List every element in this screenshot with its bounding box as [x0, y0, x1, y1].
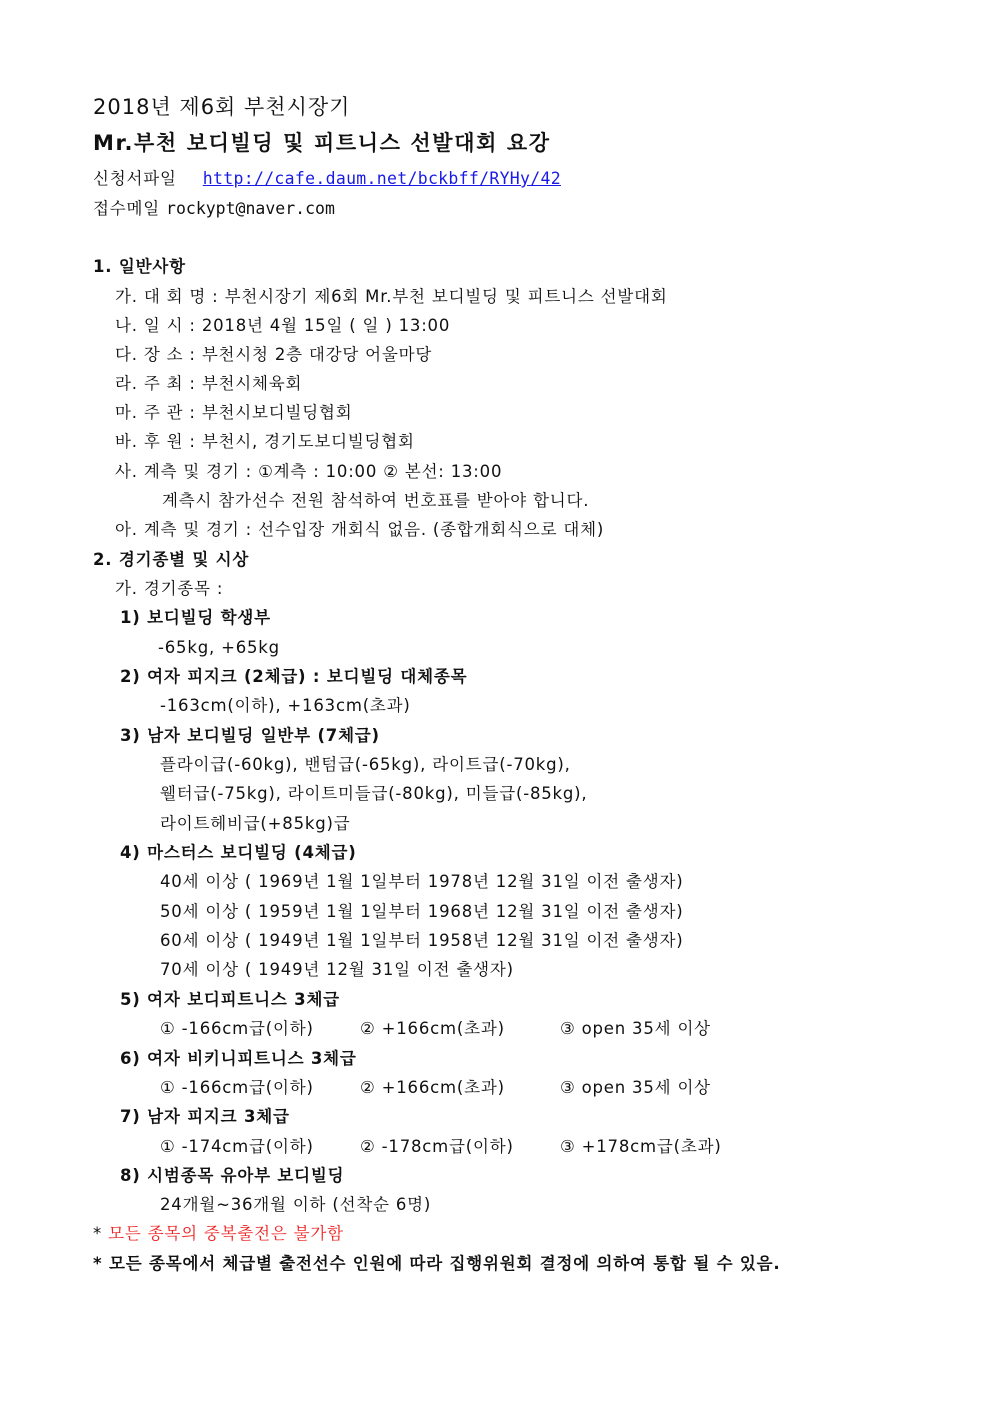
info-item-organizer: 마. 주 관 : 부천시보디빌딩협회: [115, 402, 352, 424]
note-duplicate-entry: * 모든 종목의 중복출전은 불가함: [93, 1223, 344, 1245]
section-2-subheading: 가. 경기종목 :: [115, 578, 223, 600]
info-label: 바. 후 원 :: [115, 432, 196, 451]
event-detail: 웰터급(-75kg), 라이트미들급(-80kg), 미들급(-85kg),: [160, 783, 587, 805]
section-1-heading: 1. 일반사항: [93, 256, 186, 278]
class-item: ② +166cm(초과): [360, 1077, 505, 1099]
info-value: ①계측 : 10:00 ② 본선: 13:00: [258, 462, 502, 481]
event-title: 1) 보디빌딩 학생부: [120, 607, 271, 629]
info-value: 부천시보디빌딩협회: [202, 403, 353, 422]
email-address: rockypt@naver.com: [166, 199, 335, 218]
info-label: 아. 계측 및 경기 :: [115, 520, 252, 539]
event-detail: 플라이급(-60kg), 밴텀급(-65kg), 라이트급(-70kg),: [160, 754, 571, 776]
info-label: 마. 주 관 :: [115, 403, 196, 422]
class-item: ② -178cm급(이하): [360, 1136, 514, 1158]
info-value: 2018년 4월 15일 ( 일 ) 13:00: [202, 316, 450, 335]
info-value: 부천시장기 제6회 Mr.부천 보디빌딩 및 피트니스 선발대회: [225, 287, 668, 306]
section-2-heading: 2. 경기종별 및 시상: [93, 549, 249, 571]
note-warning-text: 모든 종목의 중복출전은 불가함: [108, 1224, 344, 1243]
info-item-name: 가. 대 회 명 : 부천시장기 제6회 Mr.부천 보디빌딩 및 피트니스 선…: [115, 286, 668, 308]
info-value: 선수입장 개회식 없음. (종합개회식으로 대체): [258, 520, 604, 539]
email-label: 접수메일: [93, 199, 160, 218]
info-label: 라. 주 최 :: [115, 374, 196, 393]
class-item: ② +166cm(초과): [360, 1018, 505, 1040]
info-value: 부천시, 경기도보디빌딩협회: [202, 432, 415, 451]
email-row: 접수메일 rockypt@naver.com: [93, 198, 335, 220]
event-detail: 24개월~36개월 이하 (선착순 6명): [160, 1194, 431, 1216]
event-detail: 60세 이상 ( 1949년 1월 1일부터 1958년 12월 31일 이전 …: [160, 930, 684, 952]
info-item-date: 나. 일 시 : 2018년 4월 15일 ( 일 ) 13:00: [115, 315, 450, 337]
application-file-label: 신청서파일: [93, 169, 177, 188]
info-item-weighin-note: 계측시 참가선수 전원 참석하여 번호표를 받아야 합니다.: [162, 490, 589, 512]
class-item: ③ open 35세 이상: [560, 1018, 711, 1040]
event-detail: -163cm(이하), +163cm(초과): [160, 695, 411, 717]
class-item: ③ open 35세 이상: [560, 1077, 711, 1099]
info-item-ceremony: 아. 계측 및 경기 : 선수입장 개회식 없음. (종합개회식으로 대체): [115, 519, 604, 541]
class-item: ① -174cm급(이하): [160, 1136, 314, 1158]
event-detail: 50세 이상 ( 1959년 1월 1일부터 1968년 12월 31일 이전 …: [160, 901, 684, 923]
event-classes-row: ① -166cm급(이하) ② +166cm(초과) ③ open 35세 이상: [160, 1077, 760, 1099]
info-item-venue: 다. 장 소 : 부천시청 2층 대강당 어울마당: [115, 344, 432, 366]
event-detail: 70세 이상 ( 1949년 12월 31일 이전 출생자): [160, 959, 514, 981]
event-title: 8) 시범종목 유아부 보디빌딩: [120, 1165, 344, 1187]
event-title: 4) 마스터스 보디빌딩 (4체급): [120, 842, 357, 864]
class-item: ① -166cm급(이하): [160, 1077, 314, 1099]
event-title: 6) 여자 비키니피트니스 3체급: [120, 1048, 357, 1070]
class-item: ③ +178cm급(초과): [560, 1136, 722, 1158]
info-label: 나. 일 시 :: [115, 316, 196, 335]
note-class-merge: * 모든 종목에서 체급별 출전선수 인원에 따라 집행위원회 결정에 의하여 …: [93, 1253, 780, 1275]
note-bullet: *: [93, 1224, 102, 1243]
info-label: 다. 장 소 :: [115, 345, 196, 364]
class-item: ① -166cm급(이하): [160, 1018, 314, 1040]
info-item-weighin: 사. 계측 및 경기 : ①계측 : 10:00 ② 본선: 13:00: [115, 461, 502, 483]
event-detail: 라이트헤비급(+85kg)급: [160, 813, 351, 835]
event-classes-row: ① -166cm급(이하) ② +166cm(초과) ③ open 35세 이상: [160, 1018, 760, 1040]
event-title: 2) 여자 피지크 (2체급) : 보디빌딩 대체종목: [120, 666, 467, 688]
info-value: 부천시청 2층 대강당 어울마당: [202, 345, 432, 364]
event-title: 5) 여자 보디피트니스 3체급: [120, 989, 340, 1011]
event-detail: 40세 이상 ( 1969년 1월 1일부터 1978년 12월 31일 이전 …: [160, 871, 684, 893]
application-file-link[interactable]: http://cafe.daum.net/bckbff/RYHy/42: [203, 169, 561, 188]
event-title: 3) 남자 보디빌딩 일반부 (7체급): [120, 725, 380, 747]
event-detail: -65kg, +65kg: [158, 637, 280, 659]
title-line-1: 2018년 제6회 부천시장기: [93, 93, 350, 121]
document-page: 2018년 제6회 부천시장기 Mr.부천 보디빌딩 및 피트니스 선발대회 요…: [0, 0, 992, 1403]
application-file-row: 신청서파일 http://cafe.daum.net/bckbff/RYHy/4…: [93, 168, 561, 190]
info-item-host: 라. 주 최 : 부천시체육회: [115, 373, 302, 395]
info-item-sponsor: 바. 후 원 : 부천시, 경기도보디빌딩협회: [115, 431, 415, 453]
info-value: 부천시체육회: [202, 374, 302, 393]
title-line-2: Mr.부천 보디빌딩 및 피트니스 선발대회 요강: [93, 129, 551, 157]
event-title: 7) 남자 피지크 3체급: [120, 1106, 290, 1128]
info-label: 가. 대 회 명 :: [115, 287, 219, 306]
info-label: 사. 계측 및 경기 :: [115, 462, 252, 481]
event-classes-row: ① -174cm급(이하) ② -178cm급(이하) ③ +178cm급(초과…: [160, 1136, 760, 1158]
